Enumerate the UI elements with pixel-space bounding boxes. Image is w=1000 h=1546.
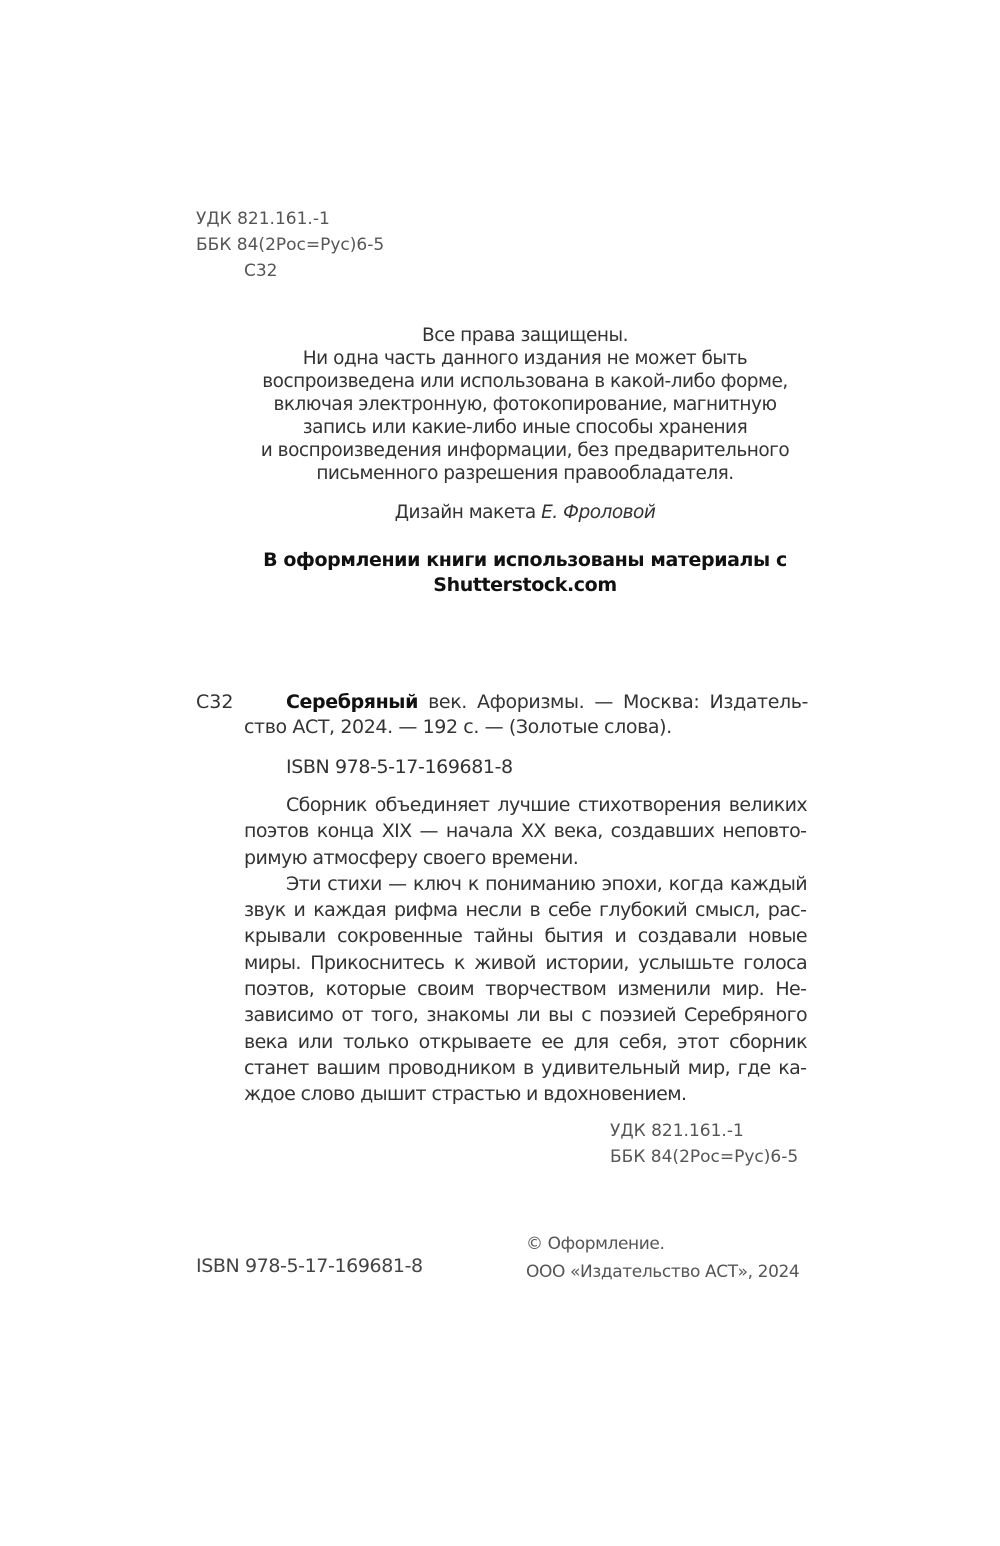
annotation: Сборник объединяет лучшие стихотворения … (244, 792, 807, 1108)
rights-line: и воспроизведения информации, без предва… (230, 439, 820, 462)
classification-codes-bottom: УДК 821.161.-1 ББК 84(2Рос=Рус)6-5 (610, 1118, 798, 1170)
classification-codes-top: УДК 821.161.-1 ББК 84(2Рос=Рус)6-5 С32 (196, 206, 384, 284)
annotation-paragraph: Эти стихи — ключ к пониманию эпохи, когд… (244, 871, 807, 1108)
udk-code: УДК 821.161.-1 (610, 1118, 798, 1144)
copyright-notice: © Оформление. ООО «Издательство АСТ», 20… (526, 1230, 799, 1286)
isbn-record: ISBN 978-5-17-169681-8 (286, 756, 513, 778)
copyright-line: © Оформление. (526, 1230, 799, 1258)
udk-code: УДК 821.161.-1 (196, 206, 384, 232)
materials-credit: В оформлении книги использованы материал… (230, 548, 820, 598)
publisher-line: ООО «Издательство АСТ», 2024 (526, 1258, 799, 1286)
isbn-footer: ISBN 978-5-17-169681-8 (196, 1255, 423, 1277)
bbk-code: ББК 84(2Рос=Рус)6-5 (196, 232, 384, 258)
design-credit: Дизайн макета Е. Фроловой (230, 502, 820, 523)
designer-name: Е. Фроловой (541, 502, 655, 523)
author-mark: С32 (196, 258, 384, 284)
design-label: Дизайн макета (395, 502, 542, 523)
book-title: Серебряный (286, 691, 418, 713)
rights-notice: Все права защищены. Ни одна часть данног… (230, 324, 820, 485)
materials-line: В оформлении книги использованы материал… (230, 548, 820, 573)
annotation-paragraph: Сборник объединяет лучшие стихотворения … (244, 792, 807, 871)
rights-line: Ни одна часть данного издания не может б… (230, 347, 820, 370)
biblio-code: С32 (196, 690, 286, 715)
biblio-line-2: ство АСТ, 2024. — 192 с. — (Золотые слов… (196, 715, 808, 740)
materials-source: Shutterstock.com (230, 573, 820, 598)
biblio-line-1: Серебряный век. Афоризмы. — Москва: Изда… (286, 690, 808, 715)
rights-line: запись или какие-либо иные способы хране… (230, 416, 820, 439)
bbk-code: ББК 84(2Рос=Рус)6-5 (610, 1144, 798, 1170)
rights-line: Все права защищены. (230, 324, 820, 347)
bibliographic-record: С32 Серебряный век. Афоризмы. — Москва: … (196, 690, 808, 740)
rights-line: включая электронную, фотокопирование, ма… (230, 393, 820, 416)
rights-line: письменного разрешения правообладателя. (230, 462, 820, 485)
rights-line: воспроизведена или использована в какой-… (230, 370, 820, 393)
